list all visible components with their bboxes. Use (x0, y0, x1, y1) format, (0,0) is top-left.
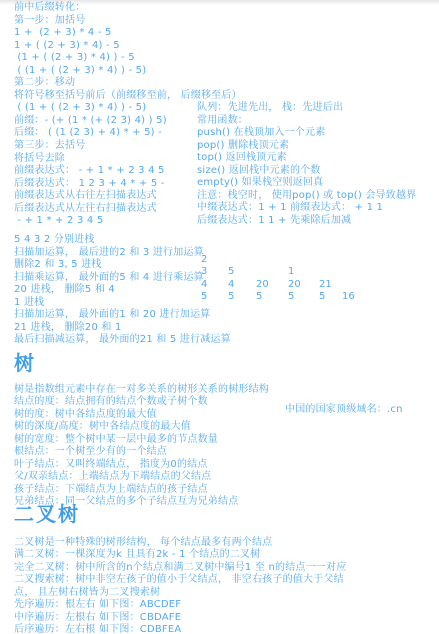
text-line: 1 + ( (2 + 3) * 4) - 5 (14, 40, 242, 53)
text-line: 前中后缀转化： (14, 2, 242, 15)
text-line: (1 + ( (2 + 3) * 4) ) - 5 (14, 52, 242, 65)
stack-cell (342, 266, 372, 278)
text-line: 将符号移至括号前后（前缀移至前， 后缀移至后） (14, 90, 242, 103)
text-line: 二叉树是一种特殊的树形结构， 每个结点最多有两个结点 (14, 537, 346, 549)
text-line: 删除2 和 3, 5 进栈 (14, 259, 231, 272)
text-line: 常用函数： (197, 115, 416, 128)
stack-cell: 5 (228, 291, 256, 303)
text-line: 扫描乘运算， 最外面的5 和 4 进行乘运算 (14, 272, 231, 285)
stack-cell: 16 (342, 291, 372, 303)
stack-cell (319, 266, 342, 278)
stack-cell (342, 254, 372, 266)
text-line: 注意：栈空时， 使用pop() 或 top() 会导致越界 (197, 190, 416, 203)
stack-cell: 4 (201, 279, 228, 291)
stack-table-row: 5555516 (201, 291, 372, 303)
text-line: 满二叉树：一棵深度为k 且具有2k - 1 个结点的二叉树 (14, 549, 346, 561)
stack-cell: 3 (201, 266, 228, 278)
tree-heading: 树 (14, 350, 36, 376)
notes-page: 前中后缀转化：第一步：加括号1 + (2 + 3) * 4 - 51 + ( (… (0, 0, 439, 634)
text-line: 第一步：加括号 (14, 15, 242, 28)
text-line: 队列：先进先出， 栈：先进后出 (197, 102, 416, 115)
text-line: 后序遍历：左右根 如下图：CDBFEA (14, 624, 346, 634)
section-tree: 树是指数组元素中存在一对多关系的树形关系的树形结构结点的度：结点拥有的结点个数或… (14, 384, 269, 509)
text-line: 父/双亲结点：上端结点为下端结点的父结点 (14, 471, 269, 483)
section-stack-demo: 5 4 3 2 分别进栈扫描加运算， 最后进的2 和 3 进行加运算删除2 和 … (14, 234, 231, 347)
text-line: size() 返回栈中元素的个数 (197, 165, 416, 178)
text-line: 二叉搜索树：树中非空左孩子的值小于父结点， 非空右孩子的值大于父结 (14, 574, 346, 586)
stack-state-table: 2 351 44202021 5555516 (201, 254, 372, 304)
text-line: 第二步：移动 (14, 77, 242, 90)
stack-cell: 5 (288, 291, 319, 303)
stack-cell: 4 (228, 279, 256, 291)
stack-table-row: 2 (201, 254, 372, 266)
text-line: 扫描加运算， 最外面的1 和 20 进行加运算 (14, 309, 231, 322)
stack-table-row: 351 (201, 266, 372, 278)
section-binary-tree: 二叉树是一种特殊的树形结构， 每个结点最多有两个结点满二叉树：一棵深度为k 且具… (14, 537, 346, 634)
text-line: 点， 且左树右树皆为二叉搜索树 (14, 587, 346, 599)
text-line: 21 进栈， 删除20 和 1 (14, 322, 231, 335)
text-line: empty() 如果栈空则返回真 (197, 177, 416, 190)
stack-cell: 5 (201, 291, 228, 303)
text-line: 中序遍历：左根右 如下图：CBDAFE (14, 612, 346, 624)
text-line: 树的深度/高度：树中各结点度的最大值 (14, 421, 269, 433)
text-line: pop() 删除栈顶元素 (197, 140, 416, 153)
text-line: 扫描加运算， 最后进的2 和 3 进行加运算 (14, 247, 231, 260)
text-line: 先序遍历：根左右 如下图：ABCDEF (14, 599, 346, 611)
text-line: top() 返回栈顶元素 (197, 152, 416, 165)
stack-cell (342, 279, 372, 291)
stack-cell: 5 (319, 291, 342, 303)
text-line: 5 4 3 2 分别进栈 (14, 234, 231, 247)
stack-cell: 1 (288, 266, 319, 278)
stack-cell (256, 254, 288, 266)
text-line: push() 在栈顶加入一个元素 (197, 127, 416, 140)
stack-cell (256, 266, 288, 278)
binary-tree-heading: 二叉树 (14, 501, 80, 527)
stack-table-row: 44202021 (201, 279, 372, 291)
stack-cell: 20 (288, 279, 319, 291)
text-line: 20 进栈， 删除5 和 4 (14, 284, 231, 297)
text-line: 完全二叉树：树中所含的n个结点和满二叉树中编号1 至 n的结点一一对应 (14, 562, 346, 574)
text-line: ( (1 + ( (2 + 3) * 4) ) - 5) (14, 65, 242, 78)
text-line: 树的度：树中各结点度的最大值 (14, 409, 269, 421)
stack-cell (288, 254, 319, 266)
text-line: 1 + (2 + 3) * 4 - 5 (14, 27, 242, 40)
text-line: 根结点：一个树至少有的一个结点 (14, 446, 269, 458)
section-conversion-right: 队列：先进先出， 栈：先进后出常用函数：push() 在栈顶加入一个元素pop(… (197, 102, 416, 227)
stack-cell: 2 (201, 254, 228, 266)
text-line: 树的宽度：整个树中某一层中最多的节点数量 (14, 434, 269, 446)
text-line: 后缀表达式：1 1 + 先乘除后加减 (197, 215, 416, 228)
stack-cell: 21 (319, 279, 342, 291)
text-line: 结点的度：结点拥有的结点个数或子树个数 (14, 396, 269, 408)
text-line: 最后扫描减运算， 最外面的21 和 5 进行减运算 (14, 334, 231, 347)
text-line: 孩子结点：下端结点为上端结点的孩子结点 (14, 484, 269, 496)
stack-cell (319, 254, 342, 266)
stack-cell: 5 (256, 291, 288, 303)
stack-cell: 5 (228, 266, 256, 278)
text-line: 叶子结点：又叫终端结点， 指度为0的结点 (14, 459, 269, 471)
text-line: 中缀表达式：1 + 1 前缀表达式： + 1 1 (197, 202, 416, 215)
stack-cell: 20 (256, 279, 288, 291)
text-line: 树是指数组元素中存在一对多关系的树形关系的树形结构 (14, 384, 269, 396)
stack-cell (228, 254, 256, 266)
text-line: 1 进栈 (14, 297, 231, 310)
domain-note: 中国的国家顶级域名：.cn (285, 404, 403, 417)
